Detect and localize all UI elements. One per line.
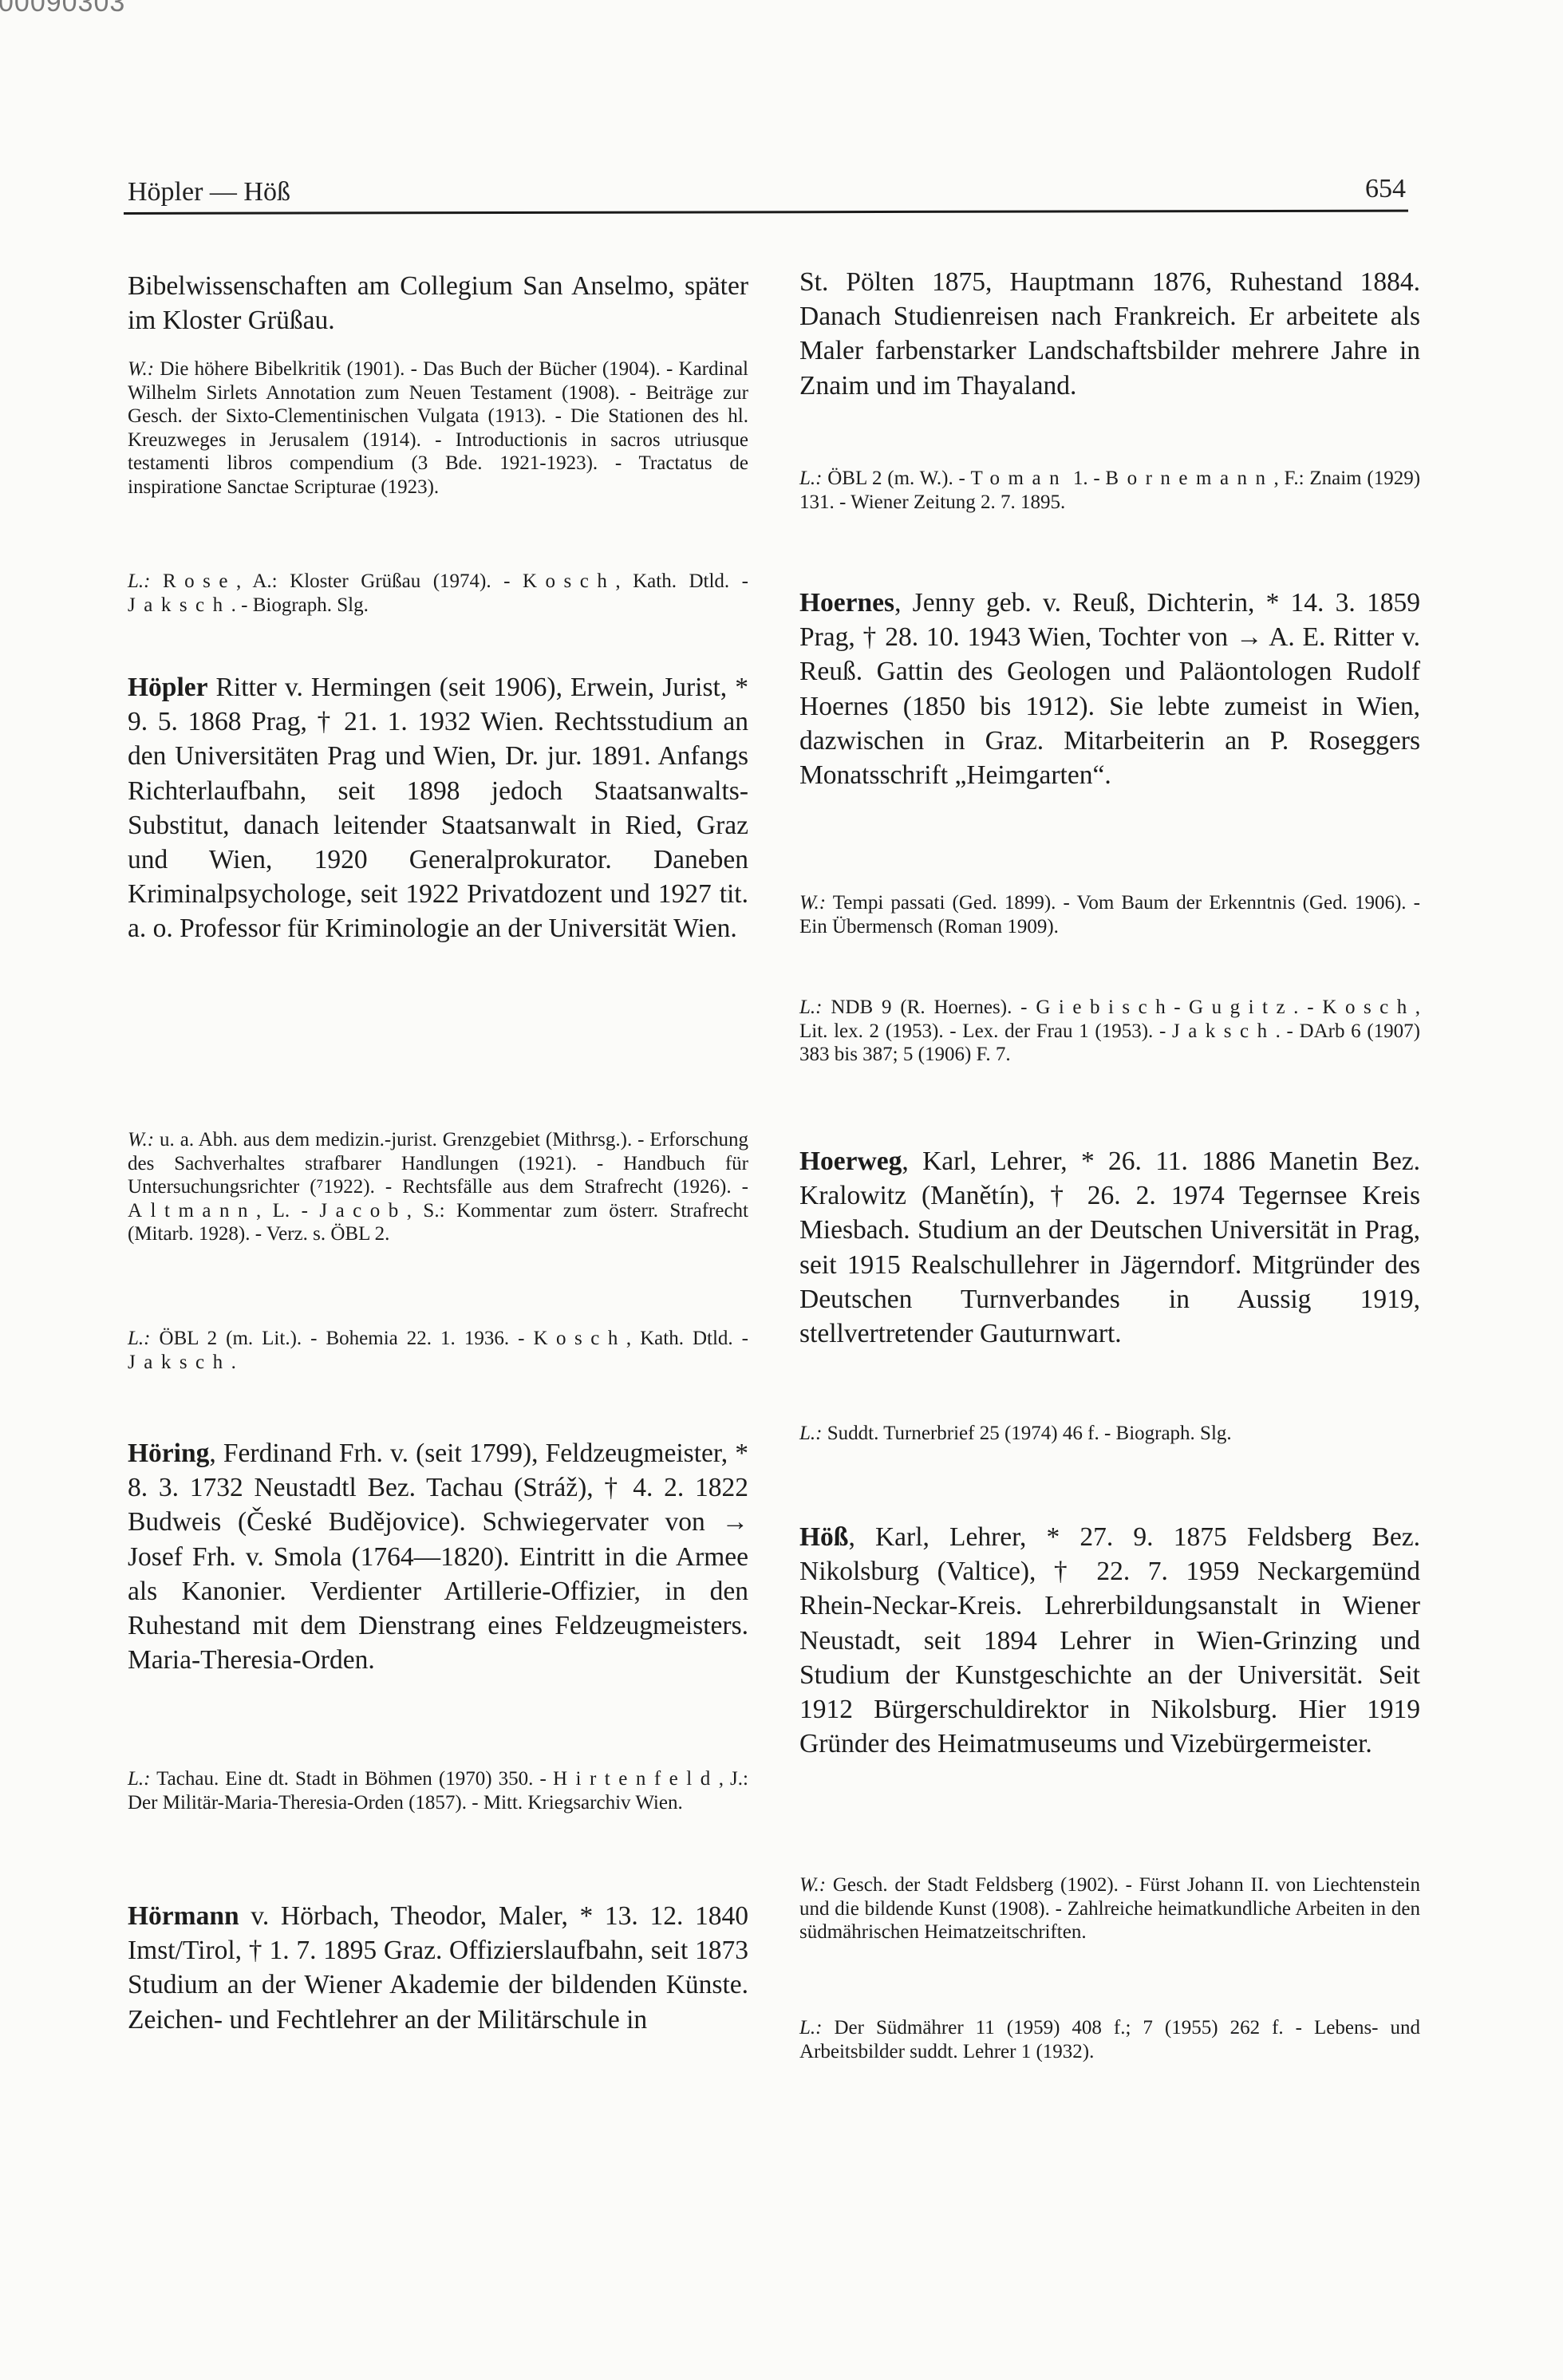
author-name: Jaksch bbox=[128, 1352, 231, 1373]
page-number: 654 bbox=[1365, 174, 1406, 204]
entry-text: , Jenny geb. v. Reuß, Dichterin, * 14. 3… bbox=[799, 588, 1420, 790]
running-head: Höpler — Höß bbox=[128, 177, 290, 207]
literature-text: , Kath. Dtld. - bbox=[626, 1328, 748, 1349]
author-name: Hirtenfeld bbox=[553, 1768, 719, 1790]
scan-id: 00090303 bbox=[0, 0, 125, 18]
works-label: W.: bbox=[799, 892, 826, 914]
literature-label: L.: bbox=[799, 468, 822, 489]
literature-text: . bbox=[231, 1352, 236, 1373]
literature-list: L.: NDB 9 (R. Hoernes). - Giebisch-Gugit… bbox=[799, 996, 1420, 1067]
author-name: Rose bbox=[163, 570, 236, 592]
literature-text: ÖBL 2 (m. Lit.). - Bohemia 22. 1. 1936. … bbox=[160, 1328, 534, 1349]
entry-hoermann: Hörmann v. Hörbach, Theodor, Maler, * 13… bbox=[128, 1899, 748, 2037]
literature-list: L.: Der Südmährer 11 (1959) 408 f.; 7 (1… bbox=[799, 2016, 1420, 2063]
entry-lemma: Höring bbox=[128, 1439, 209, 1468]
works-label: W.: bbox=[799, 1874, 826, 1896]
works-text: , L. - bbox=[256, 1200, 319, 1222]
literature-text: ÖBL 2 (m. W.). - bbox=[827, 468, 970, 489]
entry-hoering: Höring, Ferdinand Frh. v. (seit 1799), F… bbox=[128, 1436, 748, 1677]
literature-list: L.: ÖBL 2 (m. W.). - Toman 1. - Borneman… bbox=[799, 467, 1420, 514]
author-name: Jacob bbox=[319, 1200, 406, 1222]
author-name: Bornemann bbox=[1105, 468, 1273, 489]
body-text: St. Pölten 1875, Hauptmann 1876, Ruhesta… bbox=[799, 267, 1420, 401]
works-label: W.: bbox=[128, 1129, 154, 1151]
literature-label: L.: bbox=[128, 1328, 150, 1349]
literature-list: L.: ÖBL 2 (m. Lit.). - Bohemia 22. 1. 19… bbox=[128, 1327, 748, 1374]
entry-hoerweg: Hoerweg, Karl, Lehrer, * 26. 11. 1886 Ma… bbox=[799, 1144, 1420, 1351]
literature-text: Der Südmährer 11 (1959) 408 f.; 7 (1955)… bbox=[799, 2017, 1420, 2062]
continued-text: Bibelwissenschaften am Collegium San Ans… bbox=[128, 269, 748, 337]
continued-text: St. Pölten 1875, Hauptmann 1876, Ruhesta… bbox=[799, 265, 1420, 403]
author-name: Jaksch bbox=[128, 594, 231, 616]
entry-lemma: Hoerweg bbox=[799, 1147, 902, 1176]
entry-text: Ritter v. Hermingen (seit 1906), Erwein,… bbox=[128, 673, 748, 943]
entry-hoess: Höß, Karl, Lehrer, * 27. 9. 1875 Feldsbe… bbox=[799, 1520, 1420, 1761]
works-list: W.: Tempi passati (Ged. 1899). - Vom Bau… bbox=[799, 891, 1420, 938]
literature-label: L.: bbox=[799, 1423, 822, 1444]
literature-text: Suddt. Turnerbrief 25 (1974) 46 f. - Bio… bbox=[827, 1423, 1232, 1444]
entry-lemma: Höß bbox=[799, 1522, 848, 1552]
entry-hoepler: Höpler Ritter v. Hermingen (seit 1906), … bbox=[128, 670, 748, 946]
literature-text: NDB 9 (R. Hoernes). - bbox=[831, 997, 1036, 1018]
author-name: Toman bbox=[971, 468, 1068, 489]
entry-lemma: Hörmann bbox=[128, 1901, 239, 1931]
literature-text: Tachau. Eine dt. Stadt in Böhmen (1970) … bbox=[156, 1768, 553, 1790]
author-name: Kosch bbox=[1322, 997, 1415, 1018]
header-rule bbox=[124, 210, 1408, 215]
works-list: W.: u. a. Abh. aus dem medizin.-jurist. … bbox=[128, 1128, 748, 1246]
works-list: W.: Gesch. der Stadt Feldsberg (1902). -… bbox=[799, 1873, 1420, 1944]
literature-list: L.: Tachau. Eine dt. Stadt in Böhmen (19… bbox=[128, 1767, 748, 1814]
works-label: W.: bbox=[128, 358, 154, 380]
literature-label: L.: bbox=[799, 2017, 822, 2039]
entry-text: , Karl, Lehrer, * 27. 9. 1875 Feldsberg … bbox=[799, 1522, 1420, 1758]
works-text: u. a. Abh. aus dem medizin.-jurist. Gren… bbox=[128, 1129, 748, 1198]
author-name: Jaksch bbox=[1172, 1020, 1276, 1042]
literature-list: L.: Suddt. Turnerbrief 25 (1974) 46 f. -… bbox=[799, 1422, 1420, 1446]
literature-label: L.: bbox=[799, 997, 822, 1018]
works-list: W.: Die höhere Bibelkritik (1901). - Das… bbox=[128, 357, 748, 499]
literature-text: , Kath. Dtld. - bbox=[615, 570, 748, 592]
literature-text: . - bbox=[1293, 997, 1322, 1018]
entry-text: , Karl, Lehrer, * 26. 11. 1886 Manetin B… bbox=[799, 1147, 1420, 1348]
literature-text: . - Biograph. Slg. bbox=[231, 594, 369, 616]
literature-text: , A.: Kloster Grüßau (1974). - bbox=[236, 570, 523, 592]
literature-text: 1. - bbox=[1068, 468, 1105, 489]
entry-hoernes: Hoernes, Jenny geb. v. Reuß, Dichterin, … bbox=[799, 586, 1420, 792]
body-text: Bibelwissenschaften am Collegium San Ans… bbox=[128, 271, 748, 335]
entry-text: , Ferdinand Frh. v. (seit 1799), Feldzeu… bbox=[128, 1439, 748, 1675]
works-text: Gesch. der Stadt Feldsberg (1902). - Für… bbox=[799, 1874, 1420, 1943]
literature-label: L.: bbox=[128, 570, 150, 592]
author-name: Giebisch-Gugitz bbox=[1036, 997, 1293, 1018]
author-name: Altmann bbox=[128, 1200, 256, 1222]
works-text: Die höhere Bibelkritik (1901). - Das Buc… bbox=[128, 358, 748, 498]
entry-lemma: Höpler bbox=[128, 673, 207, 702]
author-name: Kosch bbox=[523, 570, 615, 592]
author-name: Kosch bbox=[533, 1328, 626, 1349]
works-text: Tempi passati (Ged. 1899). - Vom Baum de… bbox=[799, 892, 1420, 937]
entry-lemma: Hoernes bbox=[799, 588, 894, 618]
literature-list: L.: Rose, A.: Kloster Grüßau (1974). - K… bbox=[128, 570, 748, 617]
literature-label: L.: bbox=[128, 1768, 150, 1790]
